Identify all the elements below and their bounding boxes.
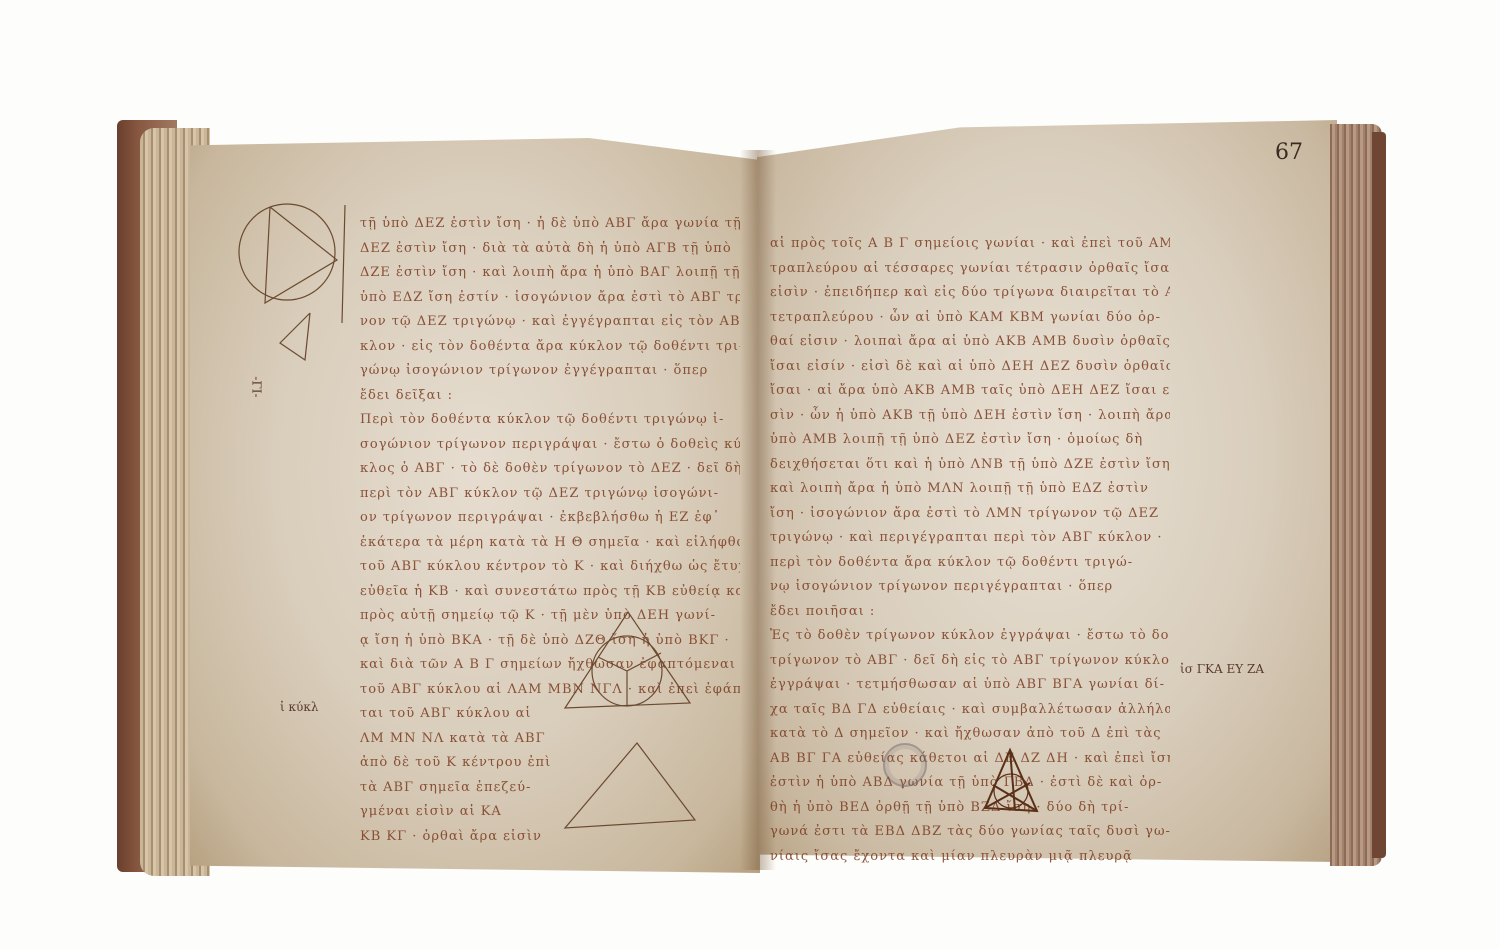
manuscript-line: νον τῷ ΔΕΖ τριγώνῳ · καὶ ἐγγέγραπται εἰς… bbox=[360, 310, 740, 335]
manuscript-line: ἔδει ποιῆσαι : bbox=[770, 600, 1170, 625]
triangle-diagram bbox=[555, 740, 705, 840]
manuscript-line: κλος ὁ ΑΒΓ · τὸ δὲ δοθὲν τρίγωνον τὸ ΔΕΖ… bbox=[360, 457, 740, 482]
manuscript-line: γώνῳ ἰσογώνιον τρίγωνον ἐγγέγραπται · ὅπ… bbox=[360, 359, 740, 384]
left-margin-note-bottom: ἰ κύκλ bbox=[280, 700, 318, 714]
manuscript-line: ἴσαι εἰσίν · εἰσὶ δὲ καὶ αἱ ὑπὸ ΔΕΗ ΔΕΖ … bbox=[770, 355, 1170, 380]
manuscript-line: χα ταῖς ΒΔ ΓΔ εὐθείαις · καὶ συμβαλλέτωσ… bbox=[770, 698, 1170, 723]
manuscript-line: σὶν · ὧν ἡ ὑπὸ ΑΚΒ τῇ ὑπὸ ΔΕΗ ἐστὶν ἴση … bbox=[770, 404, 1170, 429]
manuscript-line: καὶ λοιπὴ ἄρα ἡ ὑπὸ ΜΛΝ λοιπῇ τῇ ὑπὸ ΕΔΖ… bbox=[770, 477, 1170, 502]
manuscript-line: τριγώνῳ · καὶ περιγέγραπται περὶ τὸν ΑΒΓ… bbox=[770, 526, 1170, 551]
circle-triangle-diagram bbox=[225, 195, 365, 385]
bisector-triangle-diagram bbox=[975, 745, 1055, 815]
right-margin-note: ἰσ ΓΚΑ ΕΥ ΖΑ bbox=[1180, 662, 1264, 676]
manuscript-line: εἰσὶν · ἐπειδήπερ καὶ εἰς δύο τρίγωνα δι… bbox=[770, 281, 1170, 306]
manuscript-line: δειχθήσεται ὅτι καὶ ἡ ὑπὸ ΛΝΒ τῇ ὑπὸ ΔΖΕ… bbox=[770, 453, 1170, 478]
manuscript-line: κλον · εἰς τὸν δοθέντα ἄρα κύκλον τῷ δοθ… bbox=[360, 335, 740, 360]
right-cover-binding bbox=[1372, 132, 1386, 858]
manuscript-line: κατὰ τὸ Δ σημεῖον · καὶ ἤχθωσαν ἀπὸ τοῦ … bbox=[770, 722, 1170, 747]
manuscript-line: ἴσαι · αἱ ἄρα ὑπὸ ΑΚΒ ΑΜΒ ταῖς ὑπὸ ΔΕΗ Δ… bbox=[770, 379, 1170, 404]
inscribed-circle-diagram bbox=[555, 610, 700, 720]
manuscript-line: θὴ ἡ ὑπὸ ΒΕΔ ὀρθῇ τῇ ὑπὸ ΒΖΔ ἴση · δύο δ… bbox=[770, 796, 1170, 821]
manuscript-line: τοῦ ΑΒΓ κύκλου κέντρον τὸ Κ · καὶ διήχθω… bbox=[360, 555, 740, 580]
right-page-text: αἱ πρὸς τοῖς Α Β Γ σημείοις γωνίαι · καὶ… bbox=[770, 232, 1170, 869]
manuscript-line: τρίγωνον τὸ ΑΒΓ · δεῖ δὴ εἰς τὸ ΑΒΓ τρίγ… bbox=[770, 649, 1170, 674]
open-manuscript: 67 τῇ ὑπὸ ΔΕΖ ἐστὶν ἴση · ἡ δὲ ὑπὸ ΑΒΓ ἄ… bbox=[0, 0, 1500, 950]
manuscript-line: νίαις ἴσας ἔχοντα καὶ μίαν πλευρὰν μιᾷ π… bbox=[770, 845, 1170, 870]
manuscript-line: Περὶ τὸν δοθέντα κύκλον τῷ δοθέντι τριγώ… bbox=[360, 408, 740, 433]
manuscript-line: ΑΒ ΒΓ ΓΑ εὐθείας κάθετοι αἱ ΔΕ ΔΖ ΔΗ · κ… bbox=[770, 747, 1170, 772]
manuscript-line: Ἐς τὸ δοθὲν τρίγωνον κύκλον ἐγγράψαι · ἔ… bbox=[770, 624, 1170, 649]
folio-number: 67 bbox=[1275, 140, 1303, 165]
manuscript-line: εὐθεῖα ἡ ΚΒ · καὶ συνεστάτω πρὸς τῇ ΚΒ ε… bbox=[360, 580, 740, 605]
manuscript-line: ἔδει δεῖξαι : bbox=[360, 384, 740, 409]
manuscript-line: τῇ ὑπὸ ΔΕΖ ἐστὶν ἴση · ἡ δὲ ὑπὸ ΑΒΓ ἄρα … bbox=[360, 212, 740, 237]
manuscript-line: ἐγγράψαι · τετμήσθωσαν αἱ ὑπὸ ΑΒΓ ΒΓΑ γω… bbox=[770, 673, 1170, 698]
library-stamp bbox=[883, 743, 927, 787]
manuscript-line: θαί εἰσιν · λοιπαὶ ἄρα αἱ ὑπὸ ΑΚΒ ΑΜΒ δυ… bbox=[770, 330, 1170, 355]
manuscript-line: περὶ τὸν ΑΒΓ κύκλον τῷ ΔΕΖ τριγώνῳ ἰσογώ… bbox=[360, 482, 740, 507]
manuscript-line: ὑπὸ ΑΜΒ λοιπῇ τῇ ὑπὸ ΔΕΖ ἐστὶν ἴση · ὁμο… bbox=[770, 428, 1170, 453]
manuscript-line: σογώνιον τρίγωνον περιγράψαι · ἔστω ὁ δο… bbox=[360, 433, 740, 458]
manuscript-line: ἐστὶν ἡ ὑπὸ ΑΒΔ γωνία τῇ ὑπὸ ΓΒΔ · ἐστὶ … bbox=[770, 771, 1170, 796]
manuscript-line: νῳ ἰσογώνιον τρίγωνον περιγέγραπται · ὅπ… bbox=[770, 575, 1170, 600]
manuscript-line: ἴση · ἰσογώνιον ἄρα ἐστὶ τὸ ΛΜΝ τρίγωνον… bbox=[770, 502, 1170, 527]
manuscript-line: περὶ τὸν δοθέντα ἄρα κύκλον τῷ δοθέντι τ… bbox=[770, 551, 1170, 576]
manuscript-line: ΔΖΕ ἐστὶν ἴση · καὶ λοιπὴ ἄρα ἡ ὑπὸ ΒΑΓ … bbox=[360, 261, 740, 286]
manuscript-line: ον τρίγωνον περιγράψαι · ἐκβεβλήσθω ἡ ΕΖ… bbox=[360, 506, 740, 531]
manuscript-line: γωνά ἐστι τὰ ΕΒΔ ΔΒΖ τὰς δύο γωνίας ταῖς… bbox=[770, 820, 1170, 845]
manuscript-line: ἑκάτερα τὰ μέρη κατὰ τὰ Η Θ σημεῖα · καὶ… bbox=[360, 531, 740, 556]
manuscript-line: τραπλεύρου αἱ τέσσαρες γωνίαι τέτρασιν ὀ… bbox=[770, 257, 1170, 282]
manuscript-line: ὑπὸ ΕΔΖ ἴση ἐστίν · ἰσογώνιον ἄρα ἐστὶ τ… bbox=[360, 286, 740, 311]
manuscript-line: τετραπλεύρου · ὧν αἱ ὑπὸ ΚΑΜ ΚΒΜ γωνίαι … bbox=[770, 306, 1170, 331]
manuscript-line: αἱ πρὸς τοῖς Α Β Γ σημείοις γωνίαι · καὶ… bbox=[770, 232, 1170, 257]
manuscript-line: ΔΕΖ ἐστὶν ἴση · διὰ τὰ αὐτὰ δὴ ἡ ὑπὸ ΑΓΒ… bbox=[360, 237, 740, 262]
